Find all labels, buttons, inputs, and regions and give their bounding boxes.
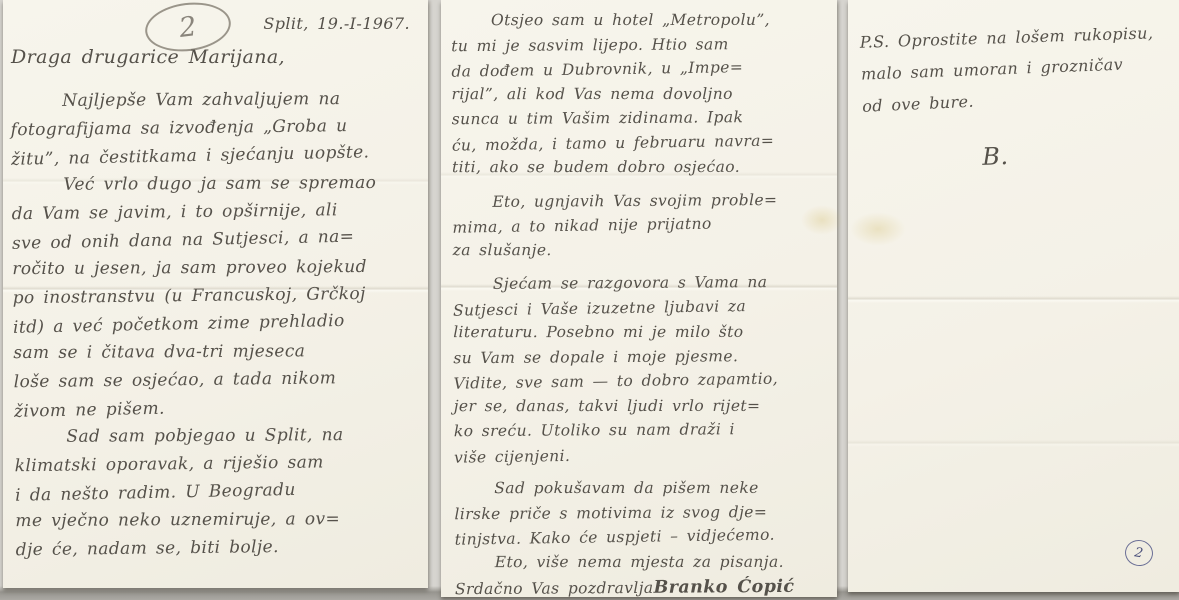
fold-crease [848, 296, 1179, 303]
letter-line: da dođem u Dubrovnik, u „Impe= [451, 54, 795, 84]
letter-line: Sjećam se razgovora s Vama na [453, 270, 797, 297]
corner-page-mark: 2 [1123, 538, 1155, 568]
date-line: Split, 19.-I-1967. [263, 14, 410, 33]
signature: Branko Ćopić [653, 575, 794, 600]
paper-stain [801, 205, 843, 235]
letter-line: sunca u tim Vašim zidinama. Ipak [452, 105, 796, 132]
paper-stain [850, 212, 906, 246]
letter-line: Sad pokušavam da pišem neke [454, 476, 797, 501]
letter-page-1: 2 Split, 19.-I-1967. Draga drugarice Mar… [3, 0, 428, 588]
page-number-text: 2 [177, 11, 198, 44]
sender-initial: B. [864, 136, 1158, 176]
letter-line: ću, možda, i tamo u februaru navra= [452, 128, 796, 158]
page-3-text: P.S. Oprostite na lošem rukopisu, malo s… [859, 16, 1158, 177]
letter-line: Otsjeo sam u hotel „Metropolu”, [451, 8, 794, 33]
letter-line: Već vrlo dugo ja sam se spremao [11, 169, 376, 199]
corner-page-number: 2 [1133, 545, 1144, 561]
letter-line: Vidite, sve sam — to dobro zapamtio, [453, 366, 797, 396]
letter-line: Sad sam pobjegao u Split, na [14, 421, 379, 451]
letter-line: tinjstva. Kako će uspjeti – vidjećemo. [454, 522, 798, 552]
closing-line: Srdačno Vas pozdravlja Branko Ćopić [455, 575, 799, 600]
closing-text: Srdačno Vas pozdravlja [455, 576, 654, 600]
letter-line: sam se i čitava dva-tri mjeseca [13, 337, 378, 367]
letter-line: literaturu. Posebno mi je milo što [453, 320, 796, 345]
letter-line: ko sreću. Utoliko su nam draži i [454, 417, 798, 444]
letter-line: Sutjesci i Vaše izuzetne ljubavi za [453, 293, 797, 323]
letter-line: za slušanje. [453, 237, 796, 262]
letter-line: više cijenjeni. [454, 440, 798, 470]
fold-crease [848, 440, 1179, 447]
letter-line: jer se, danas, takvi ljudi vrlo rijet= [454, 393, 797, 418]
scanned-letter-canvas: { "colors":{ "paper":"#f5f3ea", "ink":"#… [0, 0, 1179, 600]
letter-line: Eto, više nema mjesta za pisanja. [455, 549, 798, 574]
letter-line: titi, ako se budem dobro osjećao. [452, 155, 795, 180]
letter-line: rijal”, ali kod Vas nema dovoljno [452, 81, 795, 106]
letter-line: mima, a to nikad nije prijatno [452, 210, 796, 240]
page-1-text: Najljepše Vam zahvaljujem na fotografija… [10, 84, 381, 564]
letter-line: ročito u jesen, ja sam proveo kojekud [12, 253, 377, 283]
letter-page-2: Otsjeo sam u hotel „Metropolu”, tu mi je… [441, 0, 837, 597]
page-2-text: Otsjeo sam u hotel „Metropolu”, tu mi je… [451, 7, 799, 600]
letter-line: me vječno neko uznemiruje, a ov= [15, 505, 380, 535]
salutation: Draga drugarice Marijana, [11, 46, 285, 68]
letter-page-3: P.S. Oprostite na lošem rukopisu, malo s… [848, 0, 1179, 592]
letter-line: dje će, nadam se, biti bolje. [16, 532, 381, 564]
letter-line: Najljepše Vam zahvaljujem na [10, 85, 375, 115]
